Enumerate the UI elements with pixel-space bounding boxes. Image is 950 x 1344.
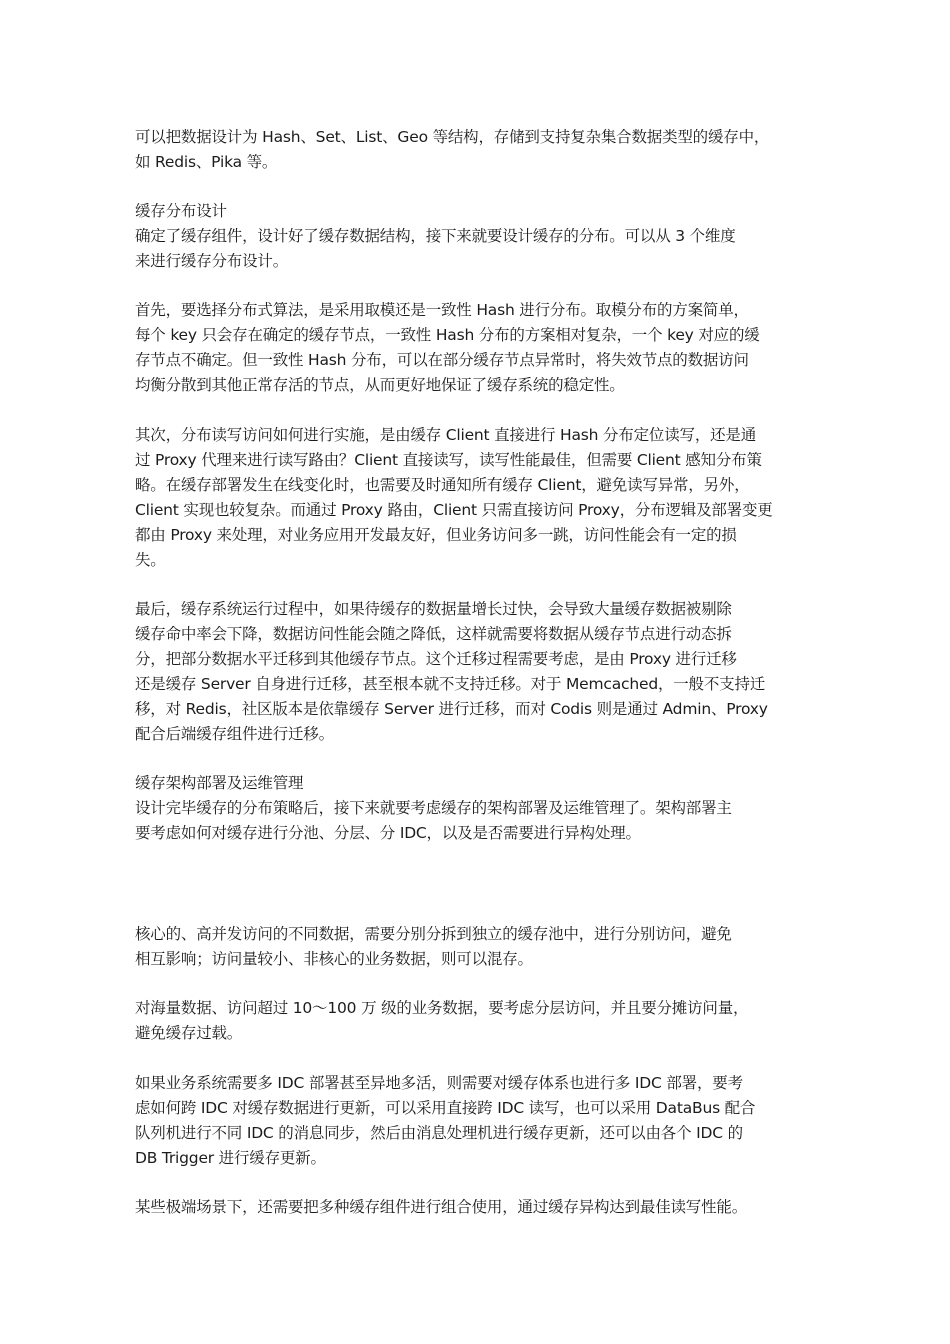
paragraph-line: 还是缓存 Server 自身进行迁移，甚至根本就不支持迁移。对于 Memcach… bbox=[135, 674, 765, 694]
paragraph-line: 最后，缓存系统运行过程中，如果待缓存的数据量增长过快，会导致大量缓存数据被剔除 bbox=[135, 599, 732, 619]
paragraph-line: Client 实现也较复杂。而通过 Proxy 路由，Client 只需直接访问… bbox=[135, 500, 773, 520]
paragraph-line: 来进行缓存分布设计。 bbox=[135, 251, 288, 271]
paragraph-line: 均衡分散到其他正常存活的节点，从而更好地保证了缓存系统的稳定性。 bbox=[135, 375, 625, 395]
paragraph-line: 如 Redis、Pika 等。 bbox=[135, 152, 277, 172]
paragraph-line: 对海量数据、访问超过 10～100 万 级的业务数据，要考虑分层访问，并且要分摊… bbox=[135, 998, 748, 1018]
paragraph-line: 如果业务系统需要多 IDC 部署甚至异地多活，则需要对缓存体系也进行多 IDC … bbox=[135, 1073, 743, 1093]
paragraph-line: 配合后端缓存组件进行迁移。 bbox=[135, 724, 334, 744]
paragraph-line: 要考虑如何对缓存进行分池、分层、分 IDC，以及是否需要进行异构处理。 bbox=[135, 823, 641, 843]
paragraph-line: 略。在缓存部署发生在线变化时，也需要及时通知所有缓存 Client，避免读写异常… bbox=[135, 475, 750, 495]
paragraph-line: 移，对 Redis，社区版本是依靠缓存 Server 进行迁移，而对 Codis… bbox=[135, 699, 768, 719]
paragraph-line: 核心的、高并发访问的不同数据，需要分别分拆到独立的缓存池中，进行分别访问，避免 bbox=[135, 924, 732, 944]
paragraph-line: 某些极端场景下，还需要把多种缓存组件进行组合使用，通过缓存异构达到最佳读写性能。 bbox=[135, 1197, 747, 1217]
paragraph-line: 首先，要选择分布式算法，是采用取模还是一致性 Hash 进行分布。取模分布的方案… bbox=[135, 300, 749, 320]
paragraph-line: 失。 bbox=[135, 550, 166, 570]
paragraph-line: 过 Proxy 代理来进行读写路由？Client 直接读写，读写性能最佳，但需要… bbox=[135, 450, 762, 470]
paragraph-line: 分，把部分数据水平迁移到其他缓存节点。这个迁移过程需要考虑，是由 Proxy 进… bbox=[135, 649, 737, 669]
paragraph-line: 避免缓存过载。 bbox=[135, 1023, 242, 1043]
paragraph-line: 相互影响；访问量较小、非核心的业务数据，则可以混存。 bbox=[135, 949, 533, 969]
paragraph-line: 确定了缓存组件，设计好了缓存数据结构，接下来就要设计缓存的分布。可以从 3 个维… bbox=[135, 226, 736, 246]
paragraph-line: 队列机进行不同 IDC 的消息同步，然后由消息处理机进行缓存更新，还可以由各个 … bbox=[135, 1123, 743, 1143]
section-heading: 缓存分布设计 bbox=[135, 201, 227, 221]
paragraph-line: 缓存命中率会下降，数据访问性能会随之降低，这样就需要将数据从缓存节点进行动态拆 bbox=[135, 624, 732, 644]
paragraph-line: 每个 key 只会存在确定的缓存节点，一致性 Hash 分布的方案相对复杂，一个… bbox=[135, 325, 760, 345]
paragraph-line: 设计完毕缓存的分布策略后，接下来就要考虑缓存的架构部署及运维管理了。架构部署主 bbox=[135, 798, 732, 818]
paragraph-line: 其次，分布读写访问如何进行实施，是由缓存 Client 直接进行 Hash 分布… bbox=[135, 425, 756, 445]
paragraph-line: 存节点不确定。但一致性 Hash 分布，可以在部分缓存节点异常时，将失效节点的数… bbox=[135, 350, 749, 370]
paragraph-line: 都由 Proxy 来处理，对业务应用开发最友好，但业务访问多一跳，访问性能会有一… bbox=[135, 525, 737, 545]
paragraph-line: 可以把数据设计为 Hash、Set、List、Geo 等结构，存储到支持复杂集合… bbox=[135, 127, 769, 147]
document-page: 可以把数据设计为 Hash、Set、List、Geo 等结构，存储到支持复杂集合… bbox=[0, 0, 950, 1344]
section-heading: 缓存架构部署及运维管理 bbox=[135, 773, 303, 793]
paragraph-line: 虑如何跨 IDC 对缓存数据进行更新，可以采用直接跨 IDC 读写，也可以采用 … bbox=[135, 1098, 755, 1118]
paragraph-line: DB Trigger 进行缓存更新。 bbox=[135, 1148, 326, 1168]
